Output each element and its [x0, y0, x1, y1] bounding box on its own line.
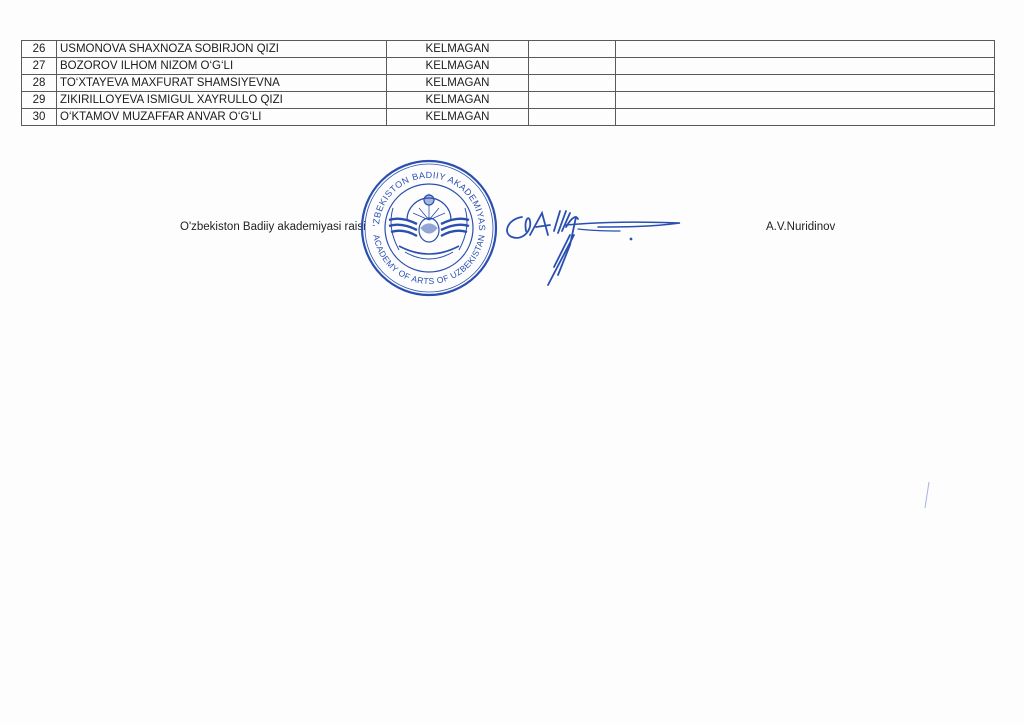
row-number: 26 [22, 41, 57, 58]
attendance-status: KELMAGAN [387, 109, 529, 126]
official-seal-icon: O'ZBEKISTON BADIIY AKADEMIYASI ACADEMY O… [359, 158, 499, 298]
table-row: 27BOZOROV ILHOM NIZOM O‘G‘LIKELMAGAN [22, 58, 995, 75]
table-row: 28TO‘XTAYEVA MAXFURAT SHAMSIYEVNAKELMAGA… [22, 75, 995, 92]
empty-cell [616, 92, 995, 109]
participant-name: USMONOVA SHAXNOZA SOBIRJON QIZI [57, 41, 387, 58]
participant-name: O‘KTAMOV MUZAFFAR ANVAR O‘G‘LI [57, 109, 387, 126]
participant-name: TO‘XTAYEVA MAXFURAT SHAMSIYEVNA [57, 75, 387, 92]
empty-cell [529, 75, 616, 92]
row-number: 29 [22, 92, 57, 109]
table-row: 26USMONOVA SHAXNOZA SOBIRJON QIZIKELMAGA… [22, 41, 995, 58]
participant-name: ZIKIRILLOYEVA ISMIGUL XAYRULLO QIZI [57, 92, 387, 109]
attendance-status: KELMAGAN [387, 41, 529, 58]
empty-cell [529, 58, 616, 75]
document-page: 26USMONOVA SHAXNOZA SOBIRJON QIZIKELMAGA… [0, 0, 1024, 724]
empty-cell [616, 75, 995, 92]
signer-name: A.V.Nuridinov [766, 221, 835, 233]
attendance-status: KELMAGAN [387, 75, 529, 92]
attendance-table: 26USMONOVA SHAXNOZA SOBIRJON QIZIKELMAGA… [21, 40, 995, 126]
table-row: 29ZIKIRILLOYEVA ISMIGUL XAYRULLO QIZIKEL… [22, 92, 995, 109]
handwritten-signature [500, 205, 690, 290]
empty-cell [616, 109, 995, 126]
stray-pen-mark [922, 480, 932, 510]
signer-position-label: O'zbekiston Badiiy akademiyasi raisi [180, 221, 366, 233]
attendance-status: KELMAGAN [387, 92, 529, 109]
empty-cell [616, 41, 995, 58]
attendance-status: KELMAGAN [387, 58, 529, 75]
empty-cell [616, 58, 995, 75]
row-number: 28 [22, 75, 57, 92]
row-number: 27 [22, 58, 57, 75]
table-row: 30O‘KTAMOV MUZAFFAR ANVAR O‘G‘LIKELMAGAN [22, 109, 995, 126]
empty-cell [529, 41, 616, 58]
empty-cell [529, 109, 616, 126]
row-number: 30 [22, 109, 57, 126]
empty-cell [529, 92, 616, 109]
participant-name: BOZOROV ILHOM NIZOM O‘G‘LI [57, 58, 387, 75]
